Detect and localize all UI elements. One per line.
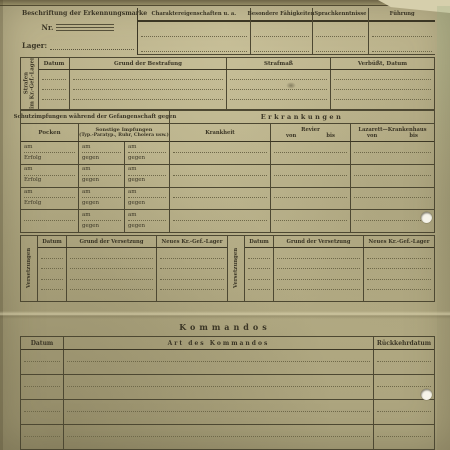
ruled-row <box>21 375 434 387</box>
ruled-row: am am am <box>21 188 169 199</box>
ruled-row <box>21 387 434 400</box>
versetzungen-table-right: Versetzungen Datum Grund der Versetzung … <box>228 235 435 302</box>
traits-column: Führung <box>368 8 435 54</box>
blank-cell <box>63 350 373 362</box>
kommandos-header: Art des Kommandos <box>63 337 373 349</box>
strafen-table: Strafen im Kr.-Gef.-Lager Datum Grund de… <box>20 57 435 110</box>
id-block-title: Beschriftung der Erkennungsmarke <box>22 10 134 17</box>
blank-cell <box>39 100 69 109</box>
blank-cell <box>251 22 312 37</box>
ruled-row <box>21 362 434 375</box>
blank-cell <box>350 176 434 187</box>
blank-cell <box>170 142 270 153</box>
blank-cell <box>373 400 434 412</box>
impfungen-table: Schutzimpfungen während der Gefangenscha… <box>20 110 170 233</box>
ruled-row <box>39 70 434 80</box>
versetzungen-main: Datum Grund der Versetzung Neues Kr.-Gef… <box>245 236 434 301</box>
impf-cell: gegen <box>78 176 124 187</box>
impf-cell: gegen <box>124 176 169 187</box>
ruled-row <box>39 90 434 100</box>
kommandos-header: Rückkehrdatum <box>373 337 434 349</box>
blank-cell <box>226 70 330 80</box>
fold-crease <box>0 311 450 319</box>
ruled-row <box>170 165 434 176</box>
versetzungen-side-label: Versetzungen <box>233 248 239 288</box>
punch-hole-upper <box>421 212 432 223</box>
strafen-side-label-line2: im Kr.-Gef.-Lager <box>30 58 36 109</box>
blank-cell <box>66 280 156 291</box>
blank-cell <box>226 80 330 90</box>
blank-cell <box>270 198 350 209</box>
blank-cell <box>251 37 312 52</box>
strafen-header: Datum <box>39 58 69 69</box>
blank-cell <box>273 280 363 291</box>
blank-cell <box>38 280 66 291</box>
impf-cell: Erfolg <box>21 198 78 209</box>
blank-cell <box>66 290 156 301</box>
impf-cell: Erfolg <box>21 153 78 164</box>
blank-cell <box>373 362 434 374</box>
lager-blank-line <box>50 49 134 50</box>
left-margin <box>0 0 3 450</box>
blank-cell <box>350 198 434 209</box>
blank-cell <box>226 90 330 100</box>
blank-cell <box>170 153 270 164</box>
blank-cell <box>245 290 273 301</box>
blank-cell <box>69 70 226 80</box>
strafen-side-label-line1: Strafen <box>23 58 29 109</box>
versetzungen-header: Datum <box>38 236 66 247</box>
right-margin <box>437 6 450 450</box>
versetzungen-header: Neues Kr.-Gef.-Lager <box>363 236 434 247</box>
versetzungen-header: Neues Kr.-Gef.-Lager <box>156 236 227 247</box>
blank-cell <box>245 248 273 259</box>
ruled-row <box>21 425 434 437</box>
ruled-row <box>38 259 227 270</box>
ruled-row: Erfolg gegen gegen <box>21 176 169 188</box>
ruled-row <box>170 210 434 221</box>
blank-cell <box>273 269 363 280</box>
bis-label: bis <box>409 133 418 139</box>
revier-von-bis: von bis <box>271 133 350 139</box>
versetzungen-table-left: Versetzungen Datum Grund der Versetzung … <box>20 235 228 302</box>
impfungen-title: Schutzimpfungen während der Gefangenscha… <box>21 111 169 124</box>
impf-cell <box>21 221 78 232</box>
blank-cell <box>369 22 435 37</box>
impf-cell: am <box>21 142 78 153</box>
blank-cell <box>373 437 434 449</box>
blank-cell <box>69 80 226 90</box>
blank-cell <box>39 70 69 80</box>
impf-cell: am <box>21 188 78 199</box>
blank-cell <box>156 280 227 291</box>
impf-cell: gegen <box>78 153 124 164</box>
impf-cell: am <box>124 142 169 153</box>
blank-cell <box>373 350 434 362</box>
impf-cell: gegen <box>78 221 124 232</box>
blank-cell <box>39 80 69 90</box>
ruled-row <box>245 280 434 291</box>
col-revier: Revier von bis <box>270 124 350 141</box>
impf-cell: am <box>124 210 169 221</box>
impf-cell: am <box>21 165 78 176</box>
versetzungen-header: Grund der Versetzung <box>66 236 156 247</box>
lazarett-von-bis: von bis <box>351 133 434 139</box>
blank-cell <box>363 259 434 270</box>
traits-column: Sprachkenntnisse <box>312 8 369 54</box>
blank-cell <box>21 375 63 387</box>
blank-cell <box>350 142 434 153</box>
ruled-row <box>39 80 434 90</box>
traits-table: Charaktereigenschaften u. a. Besondere F… <box>137 8 435 55</box>
blank-cell <box>270 142 350 153</box>
blank-cell <box>313 22 369 37</box>
blank-cell <box>63 425 373 437</box>
blank-cell <box>270 165 350 176</box>
blank-cell <box>21 400 63 412</box>
impf-cell: am <box>124 165 169 176</box>
blank-cell <box>21 362 63 374</box>
versetzungen-side-cell: Versetzungen <box>228 236 245 301</box>
ink-smudge <box>286 82 296 89</box>
blank-cell <box>66 269 156 280</box>
blank-cell <box>63 400 373 412</box>
blank-cell <box>330 100 434 109</box>
impfungen-col-pocken: Pocken <box>21 124 78 141</box>
blank-cell <box>350 188 434 199</box>
ruled-row <box>38 248 227 259</box>
blank-cell <box>313 37 369 52</box>
strafen-main: Datum Grund der Bestrafung Strafmaß Verb… <box>39 58 434 109</box>
von-label: von <box>367 133 377 139</box>
blank-cell <box>350 165 434 176</box>
versetzungen-main: Datum Grund der Versetzung Neues Kr.-Gef… <box>38 236 227 301</box>
blank-cell <box>369 37 435 52</box>
versetzungen-header: Grund der Versetzung <box>273 236 363 247</box>
blank-cell <box>273 259 363 270</box>
blank-cell <box>170 198 270 209</box>
blank-cell <box>350 221 434 232</box>
impf-cell: Erfolg <box>21 176 78 187</box>
impf-cell: am <box>124 188 169 199</box>
ruled-row <box>38 290 227 301</box>
impfungen-col-sonstige: Sonstige Impfungen (Typ.-Paratyp., Ruhr,… <box>78 124 169 141</box>
erkrankungen-subheader-row: Krankheit Revier von bis Lazarett—Kranke… <box>170 124 434 142</box>
col-lazarett: Lazarett—Krankenhaus von bis <box>350 124 434 141</box>
ruled-row: Erfolg gegen gegen <box>21 153 169 165</box>
ruled-row <box>170 188 434 199</box>
traits-header: Besondere Fähigkeiten <box>251 8 312 22</box>
punch-hole-lower <box>421 389 432 400</box>
blank-cell <box>245 259 273 270</box>
ruled-row <box>245 290 434 301</box>
bis-label: bis <box>326 133 335 139</box>
ruled-row <box>38 269 227 280</box>
ruled-row <box>38 280 227 291</box>
nr-blank-lines <box>56 24 114 32</box>
blank-cell <box>170 188 270 199</box>
blank-cell <box>330 70 434 80</box>
traits-header: Charaktereigenschaften u. a. <box>138 8 250 22</box>
blank-cell <box>226 100 330 109</box>
erkrankungen-table: Erkrankungen Krankheit Revier von bis La… <box>170 110 435 233</box>
ruled-row <box>39 100 434 109</box>
nr-label: Nr. <box>42 23 54 32</box>
blank-cell <box>66 248 156 259</box>
lager-line: Lager: <box>22 41 134 50</box>
blank-cell <box>270 188 350 199</box>
blank-cell <box>245 280 273 291</box>
versetzungen-header-row: Datum Grund der Versetzung Neues Kr.-Gef… <box>38 236 227 248</box>
versetzungen-side-label: Versetzungen <box>26 248 32 288</box>
blank-cell <box>363 248 434 259</box>
versetzungen-side-cell: Versetzungen <box>21 236 38 301</box>
blank-cell <box>170 176 270 187</box>
impf-cell: am <box>78 165 124 176</box>
ruled-row: am am am <box>21 142 169 153</box>
ruled-row: am am am <box>21 165 169 176</box>
traits-header: Sprachkenntnisse <box>313 8 369 22</box>
impf-cell <box>21 210 78 221</box>
blank-cell <box>69 100 226 109</box>
blank-cell <box>21 412 63 424</box>
von-label: von <box>286 133 296 139</box>
ruled-row <box>245 269 434 280</box>
blank-cell <box>330 90 434 100</box>
ruled-row: am am <box>21 210 169 221</box>
impf-cell: am <box>78 210 124 221</box>
blank-cell <box>38 290 66 301</box>
ruled-row <box>170 198 434 210</box>
blank-cell <box>270 221 350 232</box>
versetzungen-header-row: Datum Grund der Versetzung Neues Kr.-Gef… <box>245 236 434 248</box>
sonstige-sublabel: (Typ.-Paratyp., Ruhr, Cholera usw.) <box>79 133 169 138</box>
traits-column: Besondere Fähigkeiten <box>250 8 312 54</box>
kommandos-header-row: Datum Art des Kommandos Rückkehrdatum <box>21 337 434 350</box>
blank-cell <box>21 425 63 437</box>
blank-cell <box>156 269 227 280</box>
ruled-row <box>170 142 434 153</box>
ruled-row <box>21 437 434 450</box>
impf-cell: gegen <box>124 198 169 209</box>
blank-cell <box>39 90 69 100</box>
blank-cell <box>66 259 156 270</box>
ruled-row <box>21 400 434 412</box>
ruled-row: Erfolg gegen gegen <box>21 198 169 210</box>
ruled-row <box>170 153 434 165</box>
blank-cell <box>21 387 63 399</box>
nr-line: Nr. <box>22 23 134 32</box>
blank-cell <box>350 153 434 164</box>
blank-cell <box>38 269 66 280</box>
impfungen-subheader-row: Pocken Sonstige Impfungen (Typ.-Paratyp.… <box>21 124 169 142</box>
lager-label: Lager: <box>22 41 47 50</box>
blank-cell <box>38 259 66 270</box>
kommandos-header: Datum <box>21 337 63 349</box>
impf-cell: am <box>78 142 124 153</box>
blank-cell <box>330 80 434 90</box>
blank-cell <box>245 269 273 280</box>
blank-cell <box>38 248 66 259</box>
blank-cell <box>21 437 63 449</box>
blank-cell <box>138 37 250 52</box>
blank-cell <box>373 375 434 387</box>
blank-cell <box>63 362 373 374</box>
blank-cell <box>170 210 270 221</box>
ruled-row <box>245 259 434 270</box>
strafen-header: Verbüßt, Datum <box>330 58 434 69</box>
blank-cell <box>270 176 350 187</box>
blank-cell <box>138 22 250 37</box>
blank-cell <box>270 210 350 221</box>
traits-column: Charaktereigenschaften u. a. <box>138 8 250 54</box>
blank-cell <box>156 290 227 301</box>
blank-cell <box>273 248 363 259</box>
impf-cell: gegen <box>78 198 124 209</box>
blank-cell <box>273 290 363 301</box>
blank-cell <box>63 387 373 399</box>
blank-cell <box>63 375 373 387</box>
ruled-row <box>245 248 434 259</box>
blank-cell <box>373 425 434 437</box>
strafen-header-row: Datum Grund der Bestrafung Strafmaß Verb… <box>39 58 434 70</box>
ruled-row: gegen gegen <box>21 221 169 232</box>
ruled-row <box>21 350 434 362</box>
blank-cell <box>270 153 350 164</box>
blank-cell <box>170 165 270 176</box>
strafen-side-label: Strafen im Kr.-Gef.-Lager <box>23 58 35 109</box>
blank-cell <box>363 269 434 280</box>
blank-cell <box>363 290 434 301</box>
strafen-header: Strafmaß <box>226 58 330 69</box>
blank-cell <box>63 437 373 449</box>
col-krankheit: Krankheit <box>170 124 270 141</box>
blank-cell <box>170 221 270 232</box>
scanned-form-page: Beschriftung der Erkennungsmarke Nr. Lag… <box>0 0 450 450</box>
ruled-row <box>170 176 434 188</box>
traits-header: Führung <box>369 8 435 22</box>
erkrankungen-title: Erkrankungen <box>170 111 434 124</box>
ruled-row <box>21 412 434 425</box>
blank-cell <box>373 412 434 424</box>
impf-cell: gegen <box>124 221 169 232</box>
id-block: Beschriftung der Erkennungsmarke Nr. Lag… <box>22 10 134 50</box>
versetzungen-header: Datum <box>245 236 273 247</box>
kommandos-table: Datum Art des Kommandos Rückkehrdatum <box>20 336 435 450</box>
blank-cell <box>363 280 434 291</box>
blank-cell <box>63 412 373 424</box>
blank-cell <box>21 350 63 362</box>
blank-cell <box>156 259 227 270</box>
blank-cell <box>69 90 226 100</box>
strafen-header: Grund der Bestrafung <box>69 58 226 69</box>
impf-cell: am <box>78 188 124 199</box>
kommandos-title: Kommandos <box>0 322 450 332</box>
strafen-side-cell: Strafen im Kr.-Gef.-Lager <box>21 58 39 109</box>
blank-cell <box>156 248 227 259</box>
impf-cell: gegen <box>124 153 169 164</box>
ruled-row <box>170 221 434 232</box>
